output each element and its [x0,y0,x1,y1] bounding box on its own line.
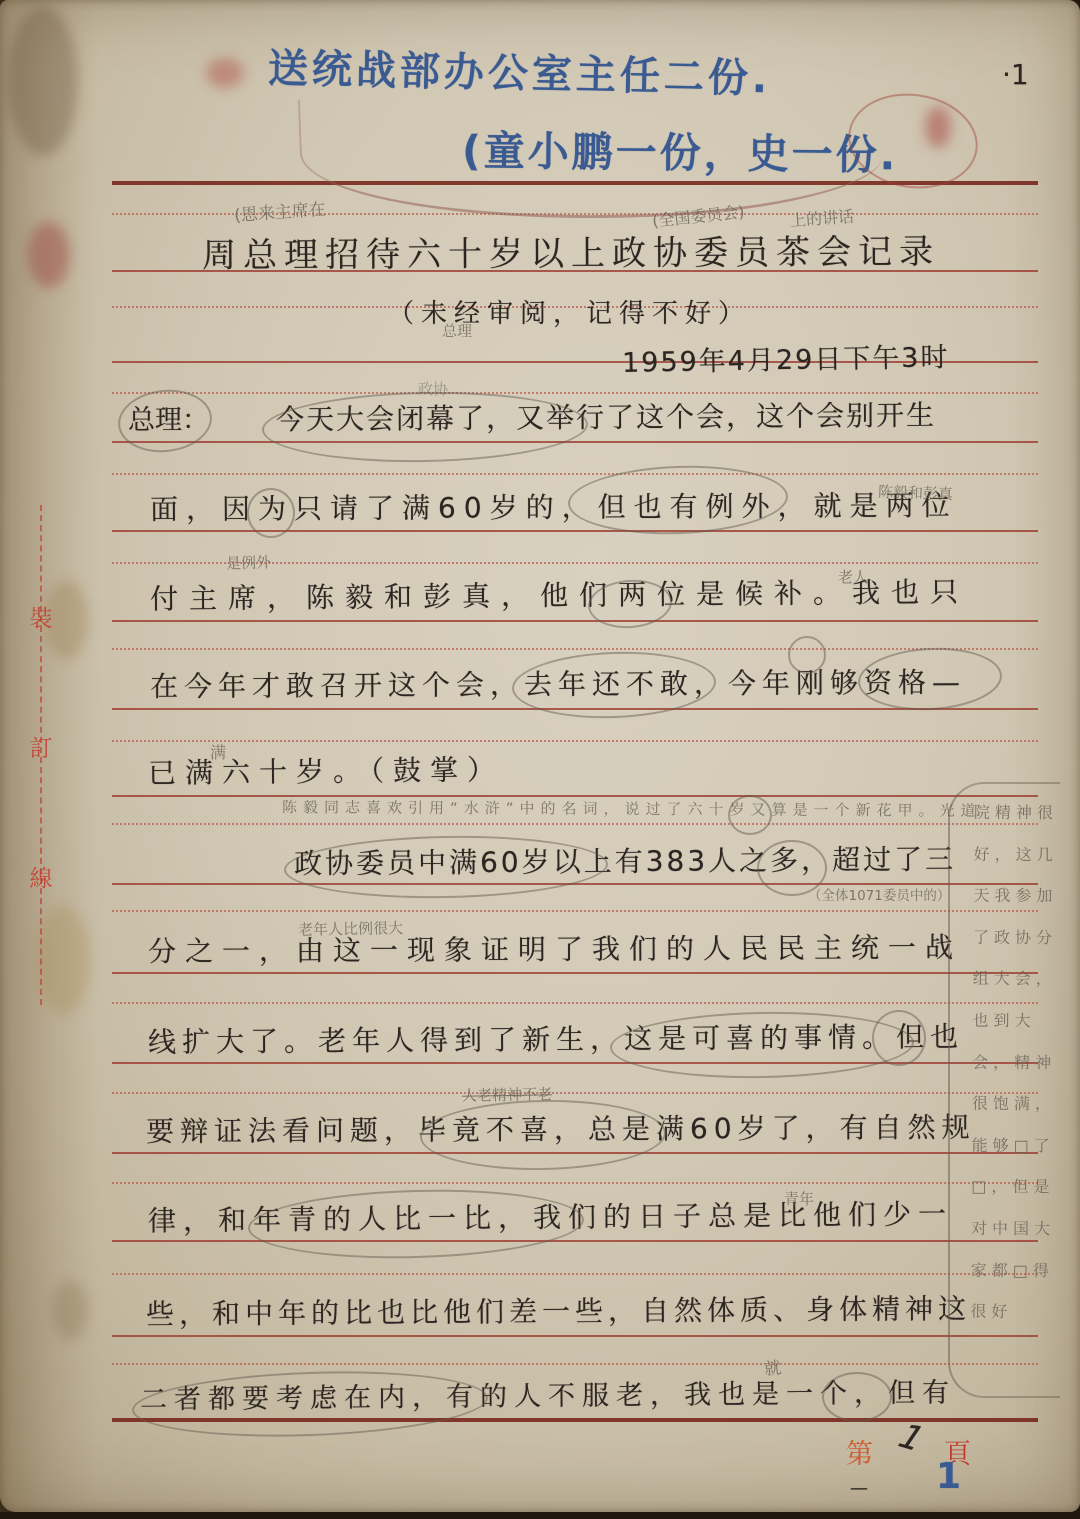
stain [8,6,78,156]
body-line-7: 分之一，由这一现象证明了我们的人民民主统一战 [148,926,962,970]
ruled-line [112,620,1038,622]
pencil-note-man: 满 [210,740,226,763]
pencil-note-shiliwai: 是例外 [226,551,272,574]
ruled-line [112,441,1038,443]
body-line-11: 些，和中年的比也比他们差一些，自然体质、身体精神这 [146,1287,971,1333]
footer-di-label: 第 [846,1432,873,1471]
pencil-circle [247,488,295,538]
ruled-line-dotted [112,1363,1038,1365]
ruled-line [112,972,1038,974]
ruled-line [112,795,1038,797]
pencil-insert-zongli: 总理 [442,320,472,341]
ruled-line [112,1240,1038,1242]
pencil-circle [728,795,772,835]
binding-char-ding: 訂 [26,730,56,763]
stain [52,1280,88,1340]
ruled-line-dotted [112,473,1038,475]
ruled-line-dotted [112,740,1038,742]
ruled-line-dotted [112,1092,1038,1094]
pencil-circle [757,840,827,896]
pencil-note-quanti: （全体1071委员中的） [808,884,950,904]
ruled-line-dotted [112,823,1038,825]
body-line-5: 已满六十岁。（鼓掌） [148,748,504,792]
binding-char-zhuang: 裝 [26,600,56,633]
pencil-interlinear-note: 陈毅同志喜欢引用“水浒”中的名词，说过了六十岁又算是一个新花甲。光道 [282,796,982,821]
pencil-note-laoren: 老人 [838,566,868,587]
red-stain [206,58,244,88]
document-datetime: 1959年4月29日下午3时 [622,335,950,380]
binding-char-xian: 線 [26,860,56,893]
red-stain [28,222,70,288]
corner-page-number: ·1 [1002,58,1029,91]
ruled-line-dotted [112,648,1038,650]
pencil-note-qingnian: 青年 [784,1188,814,1209]
pencil-margin-note: 院精神很好，这几天我参加了政协分组大会，也到大会，精神很饱满，能够□了□，但是对… [970,792,1062,1393]
ruled-line-dotted [112,910,1038,912]
ruled-line [112,1335,1038,1337]
pencil-note-jiu: 就 [763,1353,783,1380]
scanned-manuscript-page: 裝 訂 線 送统战部办公室主任二份. (童小鹏一份，史一份. ·1 (恩来主席在… [0,0,1080,1519]
pencil-note-laonianren: 老年人比例很大 [298,917,403,940]
stain [36,905,90,1015]
footer-dash-mark: — [850,1478,868,1499]
footer-blue-page-number: 1 [936,1456,961,1497]
pencil-circle [872,1010,926,1066]
ruled-line-dotted [112,1182,1038,1184]
pencil-circle [788,636,826,674]
pencil-circle [822,1372,892,1422]
ruled-line-dotted [112,1002,1038,1004]
document-title: 周总理招待六十岁以上政协委员茶会记录 [202,224,940,277]
ruled-line-dotted [112,1273,1038,1275]
ruled-line [112,530,1038,532]
pencil-note-chenyi-pengzhen: 陈毅和彭真 [878,481,954,505]
